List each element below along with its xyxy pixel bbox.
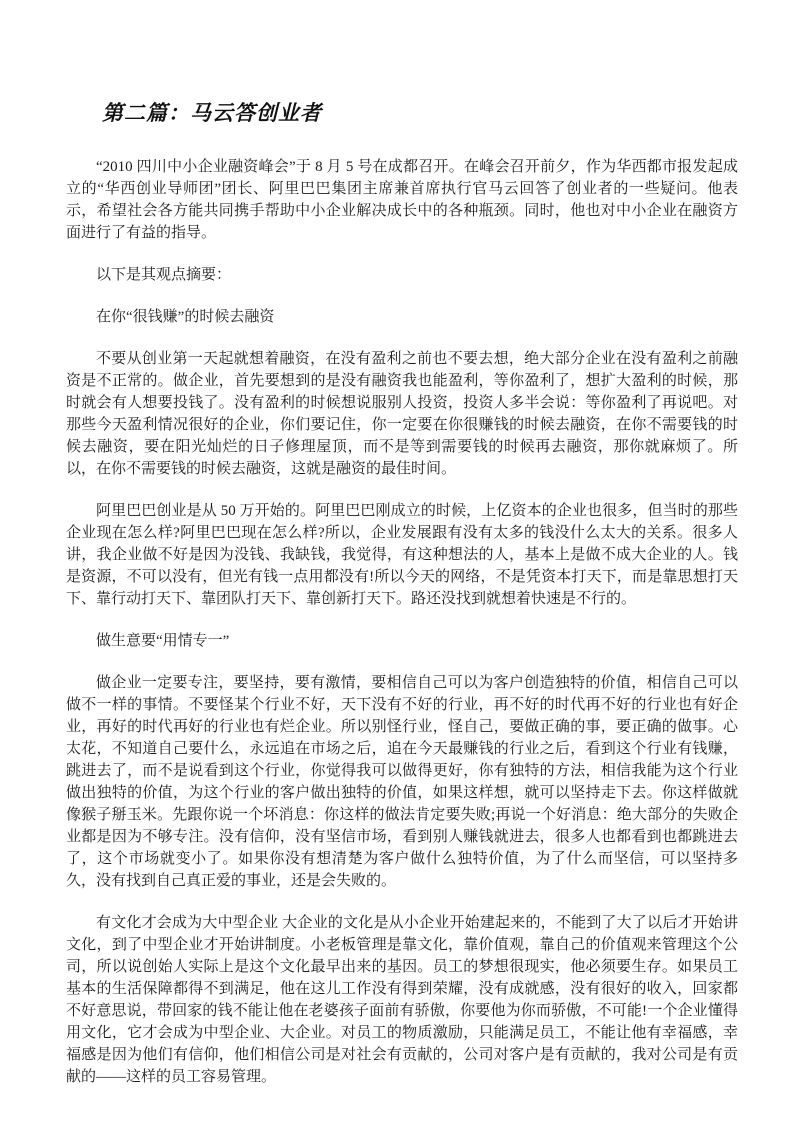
paragraph-alibaba-start: 阿里巴巴创业是从 50 万开始的。阿里巴巴刚成立的时候，上亿资本的企业也很多，但…: [66, 500, 738, 610]
intro-paragraph: “2010 四川中小企业融资峰会”于 8 月 5 号在成都召开。在峰会召开前夕，…: [66, 156, 738, 244]
paragraph-company-culture: 有文化才会成为大中型企业 大企业的文化是从小企业开始建起来的，不能到了大了以后才…: [66, 912, 738, 1088]
paragraph-focus-persistence: 做企业一定要专注，要坚持，要有激情，要相信自己可以为客户创造独特的价值，相信自己…: [66, 672, 738, 892]
document-title: 第二篇：马云答创业者: [102, 100, 738, 126]
summary-label: 以下是其观点摘要：: [66, 264, 738, 286]
section-heading-financing: 在你“很钱赚”的时候去融资: [66, 306, 738, 328]
paragraph-financing-timing: 不要从创业第一天起就想着融资，在没有盈利之前也不要去想，绝大部分企业在没有盈利之…: [66, 348, 738, 480]
document-page: 第二篇：马云答创业者 “2010 四川中小企业融资峰会”于 8 月 5 号在成都…: [0, 0, 800, 1132]
section-heading-focus: 做生意要“用情专一”: [66, 630, 738, 652]
